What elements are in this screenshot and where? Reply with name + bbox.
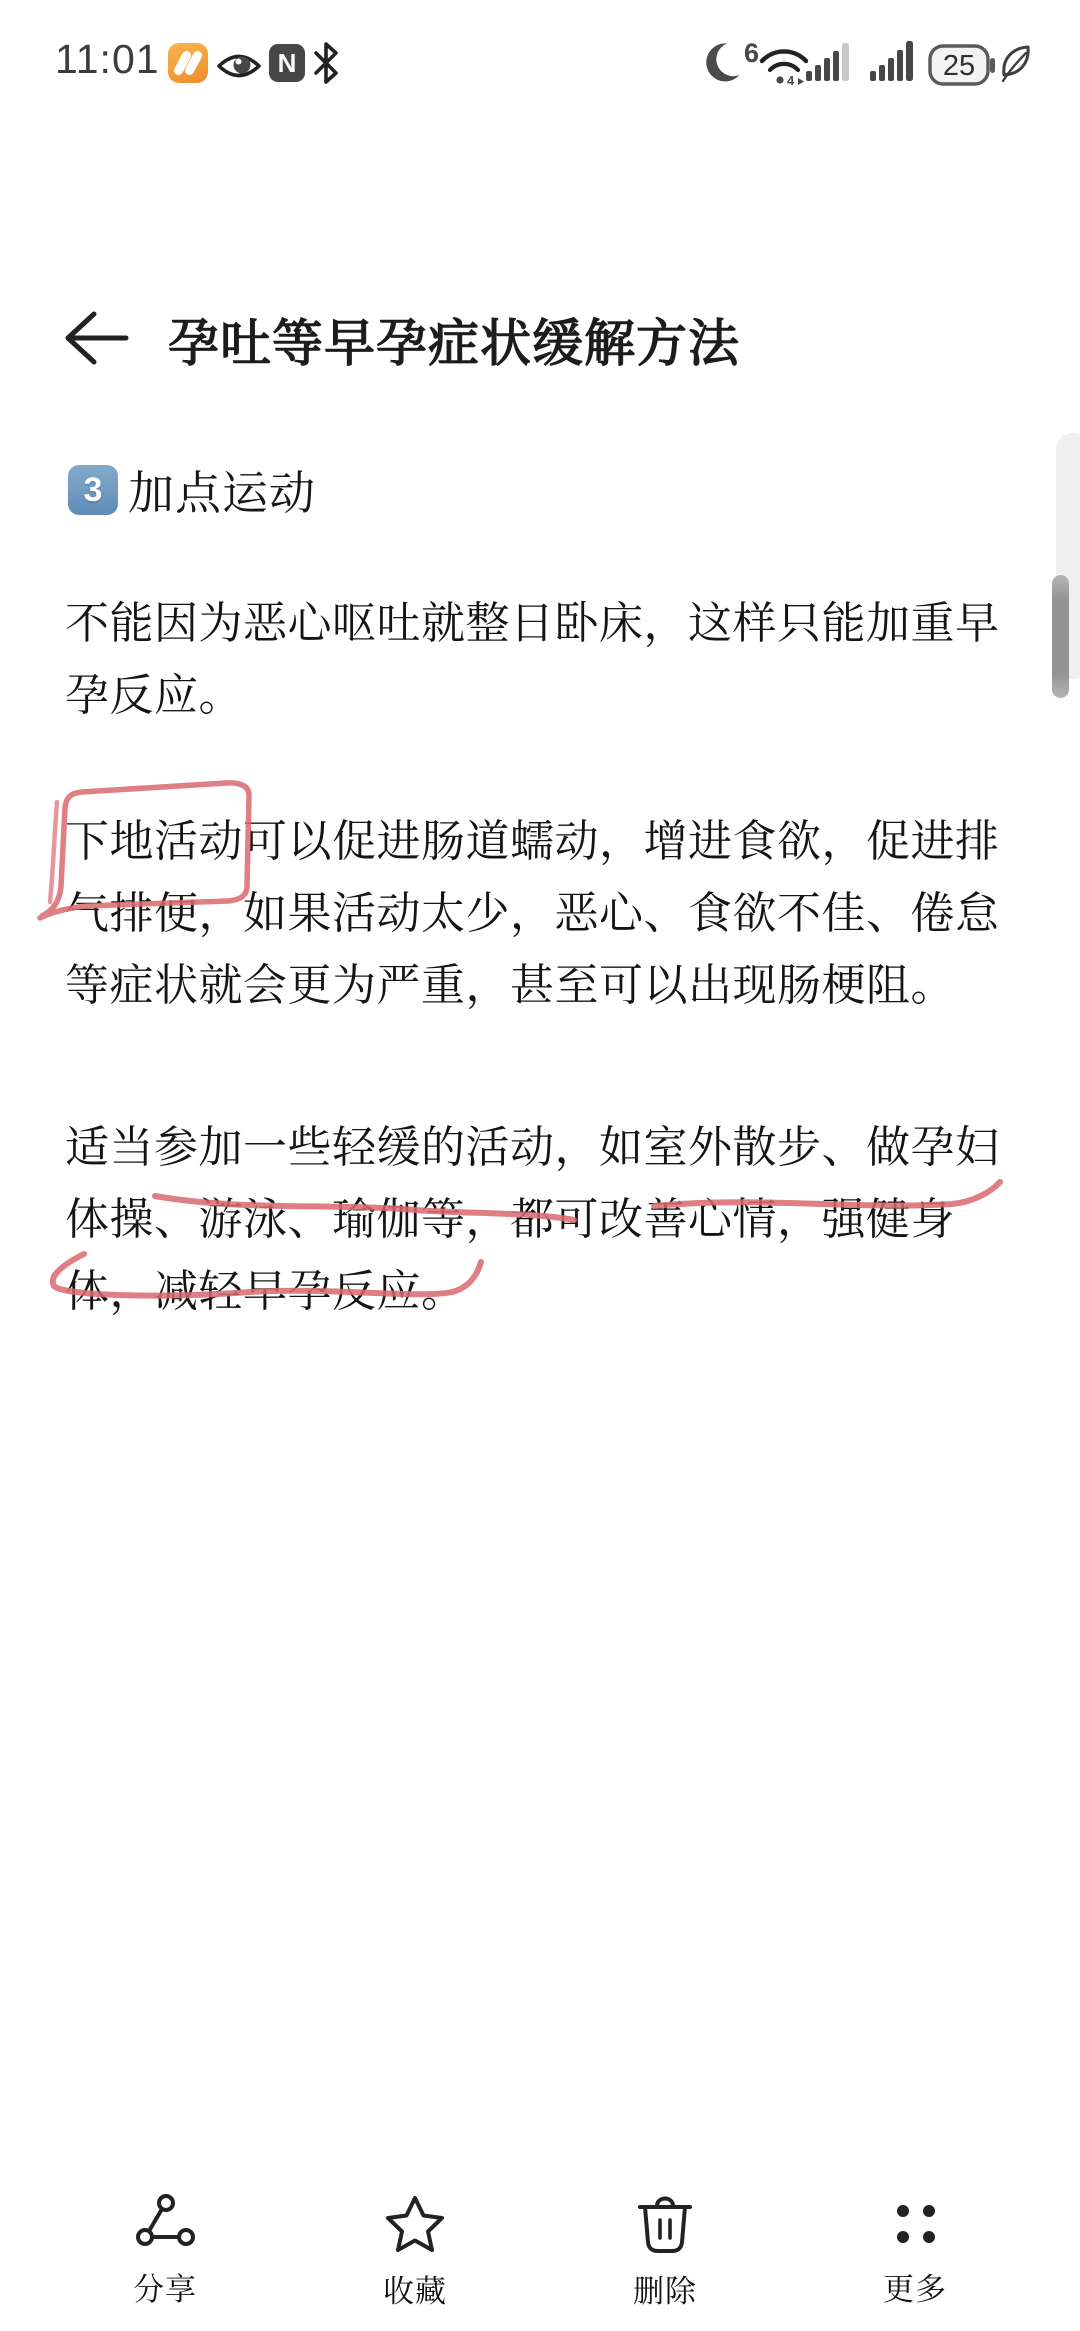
back-arrow-icon[interactable] xyxy=(60,306,132,370)
leaf-icon xyxy=(1000,44,1032,84)
red-circle-annotation-retrace xyxy=(50,802,57,902)
star-icon xyxy=(384,2194,446,2254)
favorite-button[interactable]: 收藏 xyxy=(383,2146,447,2311)
moon-icon xyxy=(700,42,740,84)
clock-time: 11:01 xyxy=(55,36,160,83)
more-label: 更多 xyxy=(883,2264,947,2309)
favorite-label: 收藏 xyxy=(383,2266,447,2311)
wifi-sub-label: 4 xyxy=(787,73,795,86)
bluetooth-icon xyxy=(312,41,340,85)
para-3-line-1: 适当参加一些轻缓的活动，如室外散步、做孕妇 xyxy=(65,1112,1015,1184)
para-1-line-1: 不能因为恶心呕吐就整日卧床，这样只能加重早 xyxy=(65,588,1015,660)
scrollbar-thumb[interactable] xyxy=(1052,575,1069,698)
health-app-icon xyxy=(168,43,208,83)
more-button[interactable]: 更多 xyxy=(883,2146,947,2309)
page-title: 孕吐等早孕症状缓解方法 xyxy=(168,302,740,376)
share-label: 分享 xyxy=(133,2264,197,2309)
paragraph-3: 适当参加一些轻缓的活动，如室外散步、做孕妇 体操、游泳、瑜伽等，都可改善心情，强… xyxy=(65,1112,1015,1328)
share-icon xyxy=(135,2194,195,2252)
bottom-toolbar: 分享 收藏 删除 更多 xyxy=(0,2146,1080,2331)
para-2-line-1: 下地活动可以促进肠道蠕动，增进食欲，促进排 xyxy=(65,806,1015,878)
more-icon xyxy=(889,2194,941,2252)
status-bar: 11:01 N 6 4 xyxy=(0,0,1080,95)
para-3-line-2: 体操、游泳、瑜伽等，都可改善心情，强健身 xyxy=(65,1184,1015,1256)
para-2-line-2: 气排便，如果活动太少，恶心、食欲不佳、倦怠 xyxy=(65,878,1015,950)
eye-icon xyxy=(216,48,262,84)
trash-icon xyxy=(636,2194,694,2254)
wifi-generation-label: 6 xyxy=(744,38,759,69)
para-1-line-2: 孕反应。 xyxy=(65,660,1015,732)
wifi-icon: 4 xyxy=(758,42,812,86)
nfc-icon: N xyxy=(268,43,306,83)
nav-bar: 孕吐等早孕症状缓解方法 xyxy=(0,150,1080,230)
battery-icon: 25 xyxy=(928,44,996,88)
signal-bars-sim1 xyxy=(806,42,854,82)
section-heading: 3 加点运动 xyxy=(68,462,316,518)
share-button[interactable]: 分享 xyxy=(133,2146,197,2309)
section-number-badge: 3 xyxy=(68,465,118,515)
delete-label: 删除 xyxy=(633,2266,697,2311)
svg-text:N: N xyxy=(278,48,297,78)
para-3-line-3: 体，减轻早孕反应。 xyxy=(65,1256,1015,1328)
signal-bars-sim2 xyxy=(870,40,920,82)
section-title: 加点运动 xyxy=(128,457,316,523)
delete-button[interactable]: 删除 xyxy=(633,2146,697,2311)
para-2-line-3: 等症状就会更为严重，甚至可以出现肠梗阻。 xyxy=(65,950,1015,1022)
battery-percent-text: 25 xyxy=(943,50,975,82)
paragraph-2: 下地活动可以促进肠道蠕动，增进食欲，促进排 气排便，如果活动太少，恶心、食欲不佳… xyxy=(65,806,1015,1022)
paragraph-1: 不能因为恶心呕吐就整日卧床，这样只能加重早 孕反应。 xyxy=(65,588,1015,732)
